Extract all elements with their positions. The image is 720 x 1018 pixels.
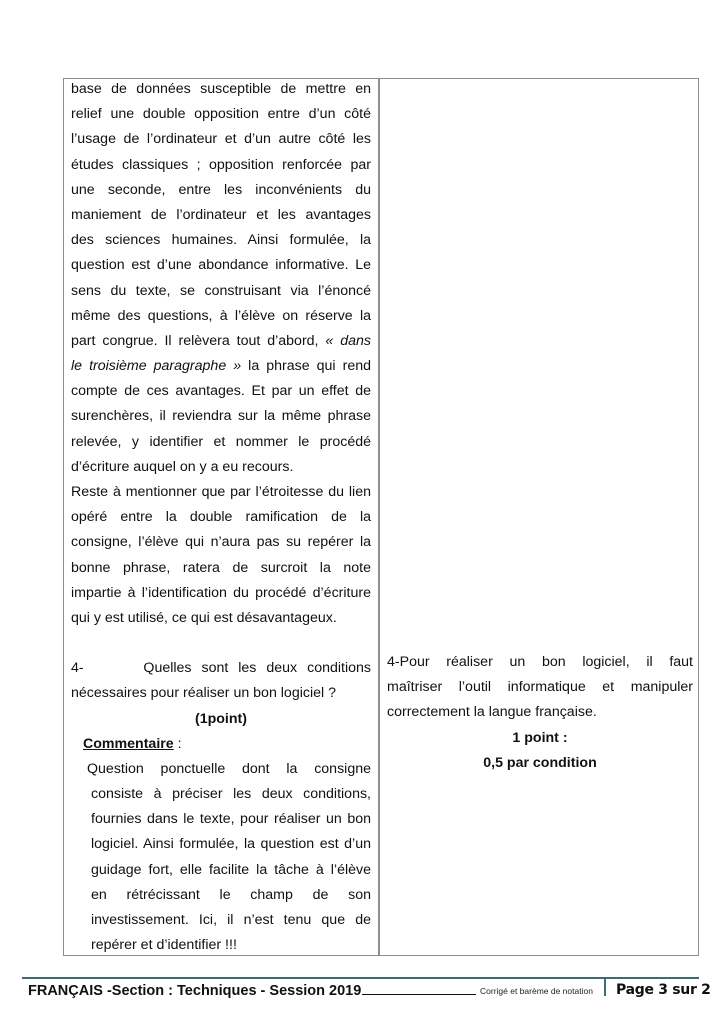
footer-title-text: FRANÇAIS -Section : Techniques - Session… — [28, 983, 361, 999]
closing-paragraph: Reste à mentionner que par l’étroitesse … — [71, 480, 371, 631]
italic-quote-part2: le troisième paragraphe » — [71, 358, 241, 374]
footer-divider — [604, 978, 606, 996]
question-line: nécessaires pour réaliser un bon logicie… — [71, 681, 371, 706]
commentaire-colon: : — [174, 736, 182, 752]
text-line: question est d’une abondance informative… — [71, 253, 371, 278]
text-line: études classiques ; opposition renforcée… — [71, 153, 371, 178]
text-line: surenchères, il reviendra sur la même ph… — [71, 404, 371, 429]
text-line: fournies dans le texte, pour réaliser un… — [91, 807, 371, 832]
column-divider — [378, 79, 380, 955]
footer-rule — [22, 977, 699, 979]
text-line: bonne phrase, ratera de surcroit la note — [71, 556, 371, 581]
answer-points: 1 point : — [387, 726, 693, 751]
text-line: impartie à l’identification du procédé d… — [71, 581, 371, 606]
right-column-cell: 4-Pour réaliser un bon logiciel, il faut… — [387, 79, 693, 776]
text-line: en rétrécissant le champ de son — [91, 883, 371, 908]
text-line: des sciences humaines. Ainsi formulée, l… — [71, 228, 371, 253]
footer-title: FRANÇAIS -Section : Techniques - Session… — [28, 982, 476, 999]
italic-quote-part1: « dans — [325, 333, 371, 349]
text-line: Reste à mentionner que par l’étroitesse … — [71, 480, 371, 505]
text-segment: la phrase qui rend — [241, 358, 371, 374]
text-line: relevée, y identifier et nommer le procé… — [71, 430, 371, 455]
text-line: repérer et d’identifier !!! — [91, 933, 371, 958]
text-line: l’usage de l’ordinateur et d’un autre cô… — [71, 127, 371, 152]
answer-per-condition: 0,5 par condition — [387, 751, 693, 776]
text-line: relief une double opposition entre d’un … — [71, 102, 371, 127]
text-line: qui y est utilisé, ce qui est désavantag… — [71, 606, 371, 631]
question-points: (1point) — [71, 707, 371, 732]
text-line: une seconde, entre les inconvénients du — [71, 178, 371, 203]
text-line: sens du texte, se construisant via l’éno… — [71, 279, 371, 304]
text-line-with-quote-end: le troisième paragraphe » la phrase qui … — [71, 354, 371, 379]
question-4-block: 4- Quelles sont les deux conditions néce… — [71, 656, 371, 958]
page-number: Page 3 sur 2 — [616, 982, 711, 998]
text-line: même des questions, à l’élève on réserve… — [71, 304, 371, 329]
text-line: opéré entre la double ramification de la — [71, 505, 371, 530]
text-line: investissement. Ici, il n’est tenu que d… — [91, 908, 371, 933]
text-line-with-quote-start: part congrue. Il relèvera tout d’abord, … — [71, 329, 371, 354]
text-line: base de données susceptible de mettre en — [71, 77, 371, 102]
text-line: consigne, l’élève qui n’aura pas su repé… — [71, 530, 371, 555]
answer-line: maîtriser l’outil informatique et manipu… — [387, 675, 693, 700]
answer-line: 4-Pour réaliser un bon logiciel, il faut — [387, 650, 693, 675]
footer-subtitle: Corrigé et barème de notation — [480, 986, 593, 996]
text-line: maniement de l’ordinateur et les avantag… — [71, 203, 371, 228]
left-column-cell: base de données susceptible de mettre en… — [71, 79, 371, 958]
correction-table: base de données susceptible de mettre en… — [63, 78, 699, 956]
text-line: logiciel. Ainsi formulée, la question es… — [91, 832, 371, 857]
text-line: consiste à préciser les deux conditions, — [91, 782, 371, 807]
commentaire-body: Question ponctuelle dont la consigne con… — [71, 757, 371, 959]
text-line: guidage fort, elle facilite la tâche à l… — [91, 858, 371, 883]
commentaire-label: Commentaire — [83, 736, 174, 752]
text-line: d’écriture auquel on y a eu recours. — [71, 455, 371, 480]
commentaire-heading: Commentaire : — [71, 732, 371, 757]
text-segment: part congrue. Il relèvera tout d’abord, — [71, 333, 319, 349]
footer-underline — [362, 982, 476, 995]
answer-line: correctement la langue française. — [387, 700, 693, 725]
text-line: compte de ces avantages. Et par un effet… — [71, 379, 371, 404]
question-line: 4- Quelles sont les deux conditions — [71, 656, 371, 681]
text-line: Question ponctuelle dont la consigne — [87, 757, 371, 782]
answer-4-block: 4-Pour réaliser un bon logiciel, il faut… — [387, 650, 693, 776]
continuation-paragraph: base de données susceptible de mettre en… — [71, 77, 371, 480]
